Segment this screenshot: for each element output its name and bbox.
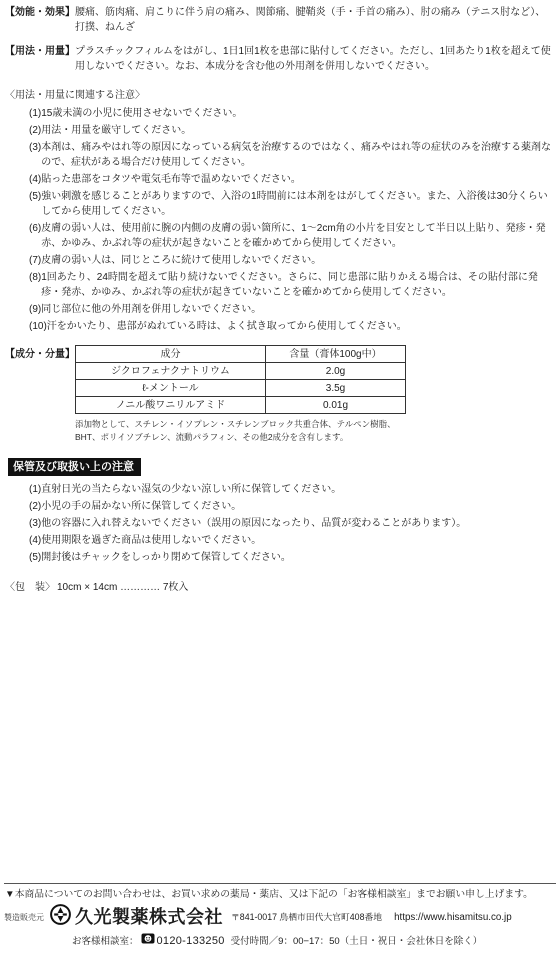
column-header-amount: 含量（膏体100g中） bbox=[266, 346, 406, 363]
ingredient-name: ジクロフェナクナトリウム bbox=[76, 363, 266, 380]
ingredients-table: 成分 含量（膏体100g中） ジクロフェナクナトリウム 2.0g ℓ-メントール… bbox=[75, 345, 406, 414]
usage-note-item: (8) 1回あたり、24時間を超えて貼り続けないでください。さらに、同じ患部に貼… bbox=[29, 270, 555, 300]
storage-note-item: (1) 直射日光の当たらない湿気の少ない涼しい所に保管してください。 bbox=[29, 482, 555, 497]
dosage-section: 【用法・用量】 プラスチックフィルムをはがし、1日1回1枚を患部に貼付してくださ… bbox=[5, 44, 555, 74]
ingredient-amount: 0.01g bbox=[266, 397, 406, 414]
company-row: 製造販売元 久光製薬株式会社 〒841-0017 鳥栖市田代大官町408番地 h… bbox=[4, 904, 556, 930]
insert-content: 【効能・効果】 腰痛、筋肉痛、肩こりに伴う肩の痛み、関節痛、腱鞘炎（手・手首の痛… bbox=[0, 0, 560, 595]
manufacturer-label: 製造販売元 bbox=[4, 910, 44, 925]
ingredient-name: ℓ-メントール bbox=[76, 380, 266, 397]
table-header-row: 成分 含量（膏体100g中） bbox=[76, 346, 406, 363]
support-phone-number: 0120-133250 bbox=[157, 934, 225, 949]
usage-note-item: (9) 同じ部位に他の外用剤を併用しないでください。 bbox=[29, 302, 555, 317]
item-text: 開封後はチャックをしっかり閉めて保管してください。 bbox=[41, 550, 555, 565]
storage-heading-badge: 保管及び取扱い上の注意 bbox=[8, 458, 141, 476]
usage-note-item: (3) 本剤は、痛みやはれ等の原因になっている病気を治療するのではなく、痛みやは… bbox=[29, 140, 555, 170]
item-text: 用法・用量を厳守してください。 bbox=[41, 123, 555, 138]
storage-note-item: (2) 小児の手の届かない所に保管してください。 bbox=[29, 499, 555, 514]
table-row: ジクロフェナクナトリウム 2.0g bbox=[76, 363, 406, 380]
item-text: 他の容器に入れ替えないでください（誤用の原因になったり、品質が変わることがありま… bbox=[41, 516, 555, 531]
ingredient-name: ノニル酸ワニリルアミド bbox=[76, 397, 266, 414]
freedial-icon bbox=[141, 933, 155, 949]
package-insert-page: 【効能・効果】 腰痛、筋肉痛、肩こりに伴う肩の痛み、関節痛、腱鞘炎（手・手首の痛… bbox=[0, 0, 560, 955]
item-text: 皮膚の弱い人は、同じところに続けて使用しないでください。 bbox=[41, 253, 555, 268]
usage-note-item: (10) 汗をかいたり、患部がぬれている時は、よく拭き取ってから使用してください… bbox=[29, 319, 555, 334]
usage-note-item: (4) 貼った患部をコタツや電気毛布等で温めないでください。 bbox=[29, 172, 555, 187]
efficacy-label: 【効能・効果】 bbox=[5, 5, 75, 35]
item-text: 汗をかいたり、患部がぬれている時は、よく拭き取ってから使用してください。 bbox=[47, 319, 555, 334]
ingredient-amount: 3.5g bbox=[266, 380, 406, 397]
usage-notes-heading: 〈用法・用量に関連する注意〉 bbox=[5, 88, 555, 103]
dosage-label: 【用法・用量】 bbox=[5, 44, 75, 74]
item-text: 直射日光の当たらない湿気の少ない涼しい所に保管してください。 bbox=[41, 482, 555, 497]
ingredients-label: 【成分・分量】 bbox=[5, 345, 75, 414]
company-address: 〒841-0017 鳥栖市田代大官町408番地 bbox=[231, 910, 382, 925]
usage-note-item: (7) 皮膚の弱い人は、同じところに続けて使用しないでください。 bbox=[29, 253, 555, 268]
item-text: 皮膚の弱い人は、使用前に腕の内側の皮膚の弱い箇所に、1〜2cm角の小片を目安とし… bbox=[41, 221, 555, 251]
packaging-label: 〈包 装〉 bbox=[5, 580, 55, 595]
item-number: (4) bbox=[29, 172, 41, 187]
packaging-text: 10cm × 14cm ………… 7枚入 bbox=[57, 580, 188, 595]
item-number: (5) bbox=[29, 189, 41, 219]
column-header-ingredient: 成分 bbox=[76, 346, 266, 363]
item-number: (6) bbox=[29, 221, 41, 251]
usage-note-item: (1) 15歳未満の小児に使用させないでください。 bbox=[29, 106, 555, 121]
item-text: 使用期限を過ぎた商品は使用しないでください。 bbox=[41, 533, 555, 548]
item-text: 同じ部位に他の外用剤を併用しないでください。 bbox=[41, 302, 555, 317]
item-number: (3) bbox=[29, 516, 41, 531]
support-label: お客様相談室： bbox=[72, 934, 139, 949]
item-text: 貼った患部をコタツや電気毛布等で温めないでください。 bbox=[41, 172, 555, 187]
footer-divider bbox=[4, 883, 556, 884]
item-number: (8) bbox=[29, 270, 41, 300]
item-number: (9) bbox=[29, 302, 41, 317]
table-row: ℓ-メントール 3.5g bbox=[76, 380, 406, 397]
item-text: 強い刺激を感じることがありますので、入浴の1時間前には本剤をはがしてください。ま… bbox=[41, 189, 555, 219]
item-number: (2) bbox=[29, 123, 41, 138]
packaging-section: 〈包 装〉 10cm × 14cm ………… 7枚入 bbox=[5, 580, 555, 595]
support-phone-row: お客様相談室： 0120-133250 受付時間／9：00−17：50（土日・祝… bbox=[72, 933, 556, 949]
item-number: (5) bbox=[29, 550, 41, 565]
item-number: (7) bbox=[29, 253, 41, 268]
storage-note-item: (3) 他の容器に入れ替えないでください（誤用の原因になったり、品質が変わること… bbox=[29, 516, 555, 531]
item-number: (3) bbox=[29, 140, 41, 170]
company-name: 久光製薬株式会社 bbox=[75, 910, 223, 925]
usage-note-item: (2) 用法・用量を厳守してください。 bbox=[29, 123, 555, 138]
storage-note-item: (5) 開封後はチャックをしっかり閉めて保管してください。 bbox=[29, 550, 555, 565]
company-url: https://www.hisamitsu.co.jp bbox=[394, 910, 512, 925]
usage-note-item: (6) 皮膚の弱い人は、使用前に腕の内側の皮膚の弱い箇所に、1〜2cm角の小片を… bbox=[29, 221, 555, 251]
efficacy-section: 【効能・効果】 腰痛、筋肉痛、肩こりに伴う肩の痛み、関節痛、腱鞘炎（手・手首の痛… bbox=[5, 5, 555, 35]
item-number: (1) bbox=[29, 106, 41, 121]
item-text: 小児の手の届かない所に保管してください。 bbox=[41, 499, 555, 514]
hisamitsu-logo-icon bbox=[50, 904, 71, 930]
item-number: (4) bbox=[29, 533, 41, 548]
support-hours: 受付時間／9：00−17：50（土日・祝日・会社休日を除く） bbox=[231, 934, 483, 949]
inquiry-note: ▼本商品についてのお問い合わせは、お買い求めの薬局・薬店、又は下記の「お客様相談… bbox=[5, 888, 556, 901]
efficacy-text: 腰痛、筋肉痛、肩こりに伴う肩の痛み、関節痛、腱鞘炎（手・手首の痛み）、肘の痛み（… bbox=[75, 5, 555, 35]
manufacturer-footer: ▼本商品についてのお問い合わせは、お買い求めの薬局・薬店、又は下記の「お客様相談… bbox=[0, 883, 560, 949]
additives-note: 添加物として、スチレン・イソプレン・スチレンブロック共重合体、テルペン樹脂、BH… bbox=[75, 418, 410, 444]
usage-note-item: (5) 強い刺激を感じることがありますので、入浴の1時間前には本剤をはがしてくだ… bbox=[29, 189, 555, 219]
ingredient-amount: 2.0g bbox=[266, 363, 406, 380]
dosage-text: プラスチックフィルムをはがし、1日1回1枚を患部に貼付してください。ただし、1回… bbox=[75, 44, 555, 74]
item-number: (1) bbox=[29, 482, 41, 497]
item-text: 1回あたり、24時間を超えて貼り続けないでください。さらに、同じ患部に貼りかえる… bbox=[41, 270, 555, 300]
item-number: (10) bbox=[29, 319, 47, 334]
item-text: 15歳未満の小児に使用させないでください。 bbox=[41, 106, 555, 121]
item-text: 本剤は、痛みやはれ等の原因になっている病気を治療するのではなく、痛みやはれ等の症… bbox=[41, 140, 555, 170]
table-row: ノニル酸ワニリルアミド 0.01g bbox=[76, 397, 406, 414]
ingredients-section: 【成分・分量】 成分 含量（膏体100g中） ジクロフェナクナトリウム 2.0g… bbox=[5, 345, 555, 414]
item-number: (2) bbox=[29, 499, 41, 514]
storage-note-item: (4) 使用期限を過ぎた商品は使用しないでください。 bbox=[29, 533, 555, 548]
